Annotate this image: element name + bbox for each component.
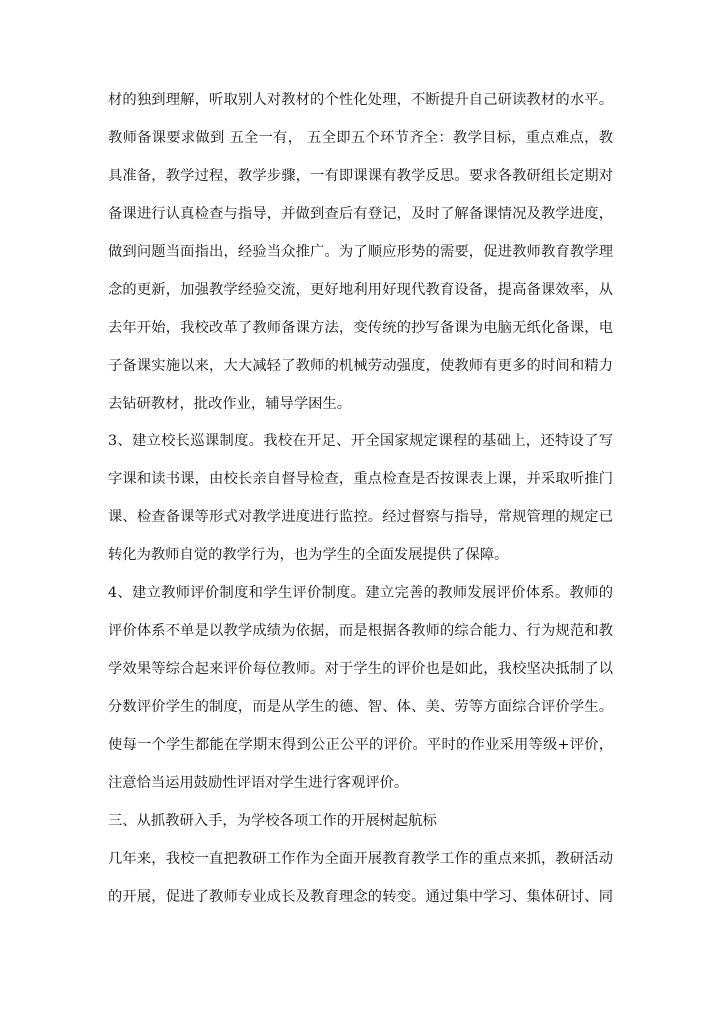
paragraph-item-4-evaluation-system: 4、建立教师评价制度和学生评价制度。建立完善的教师发展评价体系。教师的 评价体系… <box>108 575 613 803</box>
text-line: 备课进行认真检查与指导，并做到查后有登记，及时了解备课情况及教学进度， <box>108 196 613 234</box>
document-page: 材的独到理解，听取别人对教材的个性化处理，不断提升自己研读教材的水平。 教师备课… <box>0 0 721 1020</box>
text-line: 3、建立校长巡课制度。我校在开足、开全国家规定课程的基础上，还特设了写 <box>108 423 613 461</box>
text-line: 分数评价学生的制度，而是从学生的德、智、体、美、劳等方面综合评价学生。 <box>108 689 613 727</box>
text-line: 去年开始，我校改革了教师备课方法，变传统的抄写备课为电脑无纸化备课，电 <box>108 310 613 348</box>
text-line: 念的更新，加强教学经验交流，更好地利用好现代教育设备，提高备课效率，从 <box>108 272 613 310</box>
text-line: 使每一个学生都能在学期末得到公正公平的评价。平时的作业采用等级+评价， <box>108 727 613 765</box>
text-line: 教师备课要求做到 五全一有， 五全即五个环节齐全：教学目标，重点难点，教 <box>108 120 613 158</box>
text-line: 几年来，我校一直把教研工作作为全面开展教育教学工作的重点来抓，教研活动 <box>108 841 613 879</box>
section-heading-text: 三、从抓教研入手，为学校各项工作的开展树起航标 <box>108 803 613 841</box>
paragraph-item-3-principal-inspection: 3、建立校长巡课制度。我校在开足、开全国家规定课程的基础上，还特设了写 字课和读… <box>108 423 613 575</box>
text-line: 学效果等综合起来评价每位教师。对于学生的评价也是如此，我校坚决抵制了以 <box>108 651 613 689</box>
text-line: 课、检查备课等形式对教学进度进行监控。经过督察与指导，常规管理的规定已 <box>108 499 613 537</box>
text-line: 去钻研教材，批改作业，辅导学困生。 <box>108 386 613 424</box>
text-line: 做到问题当面指出，经验当众推广。为了顺应形势的需要，促进教师教育教学理 <box>108 234 613 272</box>
text-line: 评价体系不单是以教学成绩为依据，而是根据各教师的综合能力、行为规范和教 <box>108 613 613 651</box>
text-line: 转化为教师自觉的教学行为，也为学生的全面发展提供了保障。 <box>108 537 613 575</box>
document-body: 材的独到理解，听取别人对教材的个性化处理，不断提升自己研读教材的水平。 教师备课… <box>108 82 613 917</box>
paragraph-teaching-research: 几年来，我校一直把教研工作作为全面开展教育教学工作的重点来抓，教研活动 的开展，… <box>108 841 613 917</box>
text-line: 4、建立教师评价制度和学生评价制度。建立完善的教师发展评价体系。教师的 <box>108 575 613 613</box>
text-line: 字课和读书课，由校长亲自督导检查，重点检查是否按课表上课，并采取听推门 <box>108 461 613 499</box>
paragraph-lesson-preparation: 材的独到理解，听取别人对教材的个性化处理，不断提升自己研读教材的水平。 教师备课… <box>108 82 613 423</box>
text-line: 注意恰当运用鼓励性评语对学生进行客观评价。 <box>108 765 613 803</box>
text-line: 具准备，教学过程，教学步骤，一有即课课有教学反思。要求各教研组长定期对 <box>108 158 613 196</box>
text-line: 材的独到理解，听取别人对教材的个性化处理，不断提升自己研读教材的水平。 <box>108 82 613 120</box>
text-line: 的开展，促进了教师专业成长及教育理念的转变。通过集中学习、集体研讨、同 <box>108 879 613 917</box>
section-heading-3: 三、从抓教研入手，为学校各项工作的开展树起航标 <box>108 803 613 841</box>
text-line: 子备课实施以来，大大减轻了教师的机械劳动强度，使教师有更多的时间和精力 <box>108 348 613 386</box>
